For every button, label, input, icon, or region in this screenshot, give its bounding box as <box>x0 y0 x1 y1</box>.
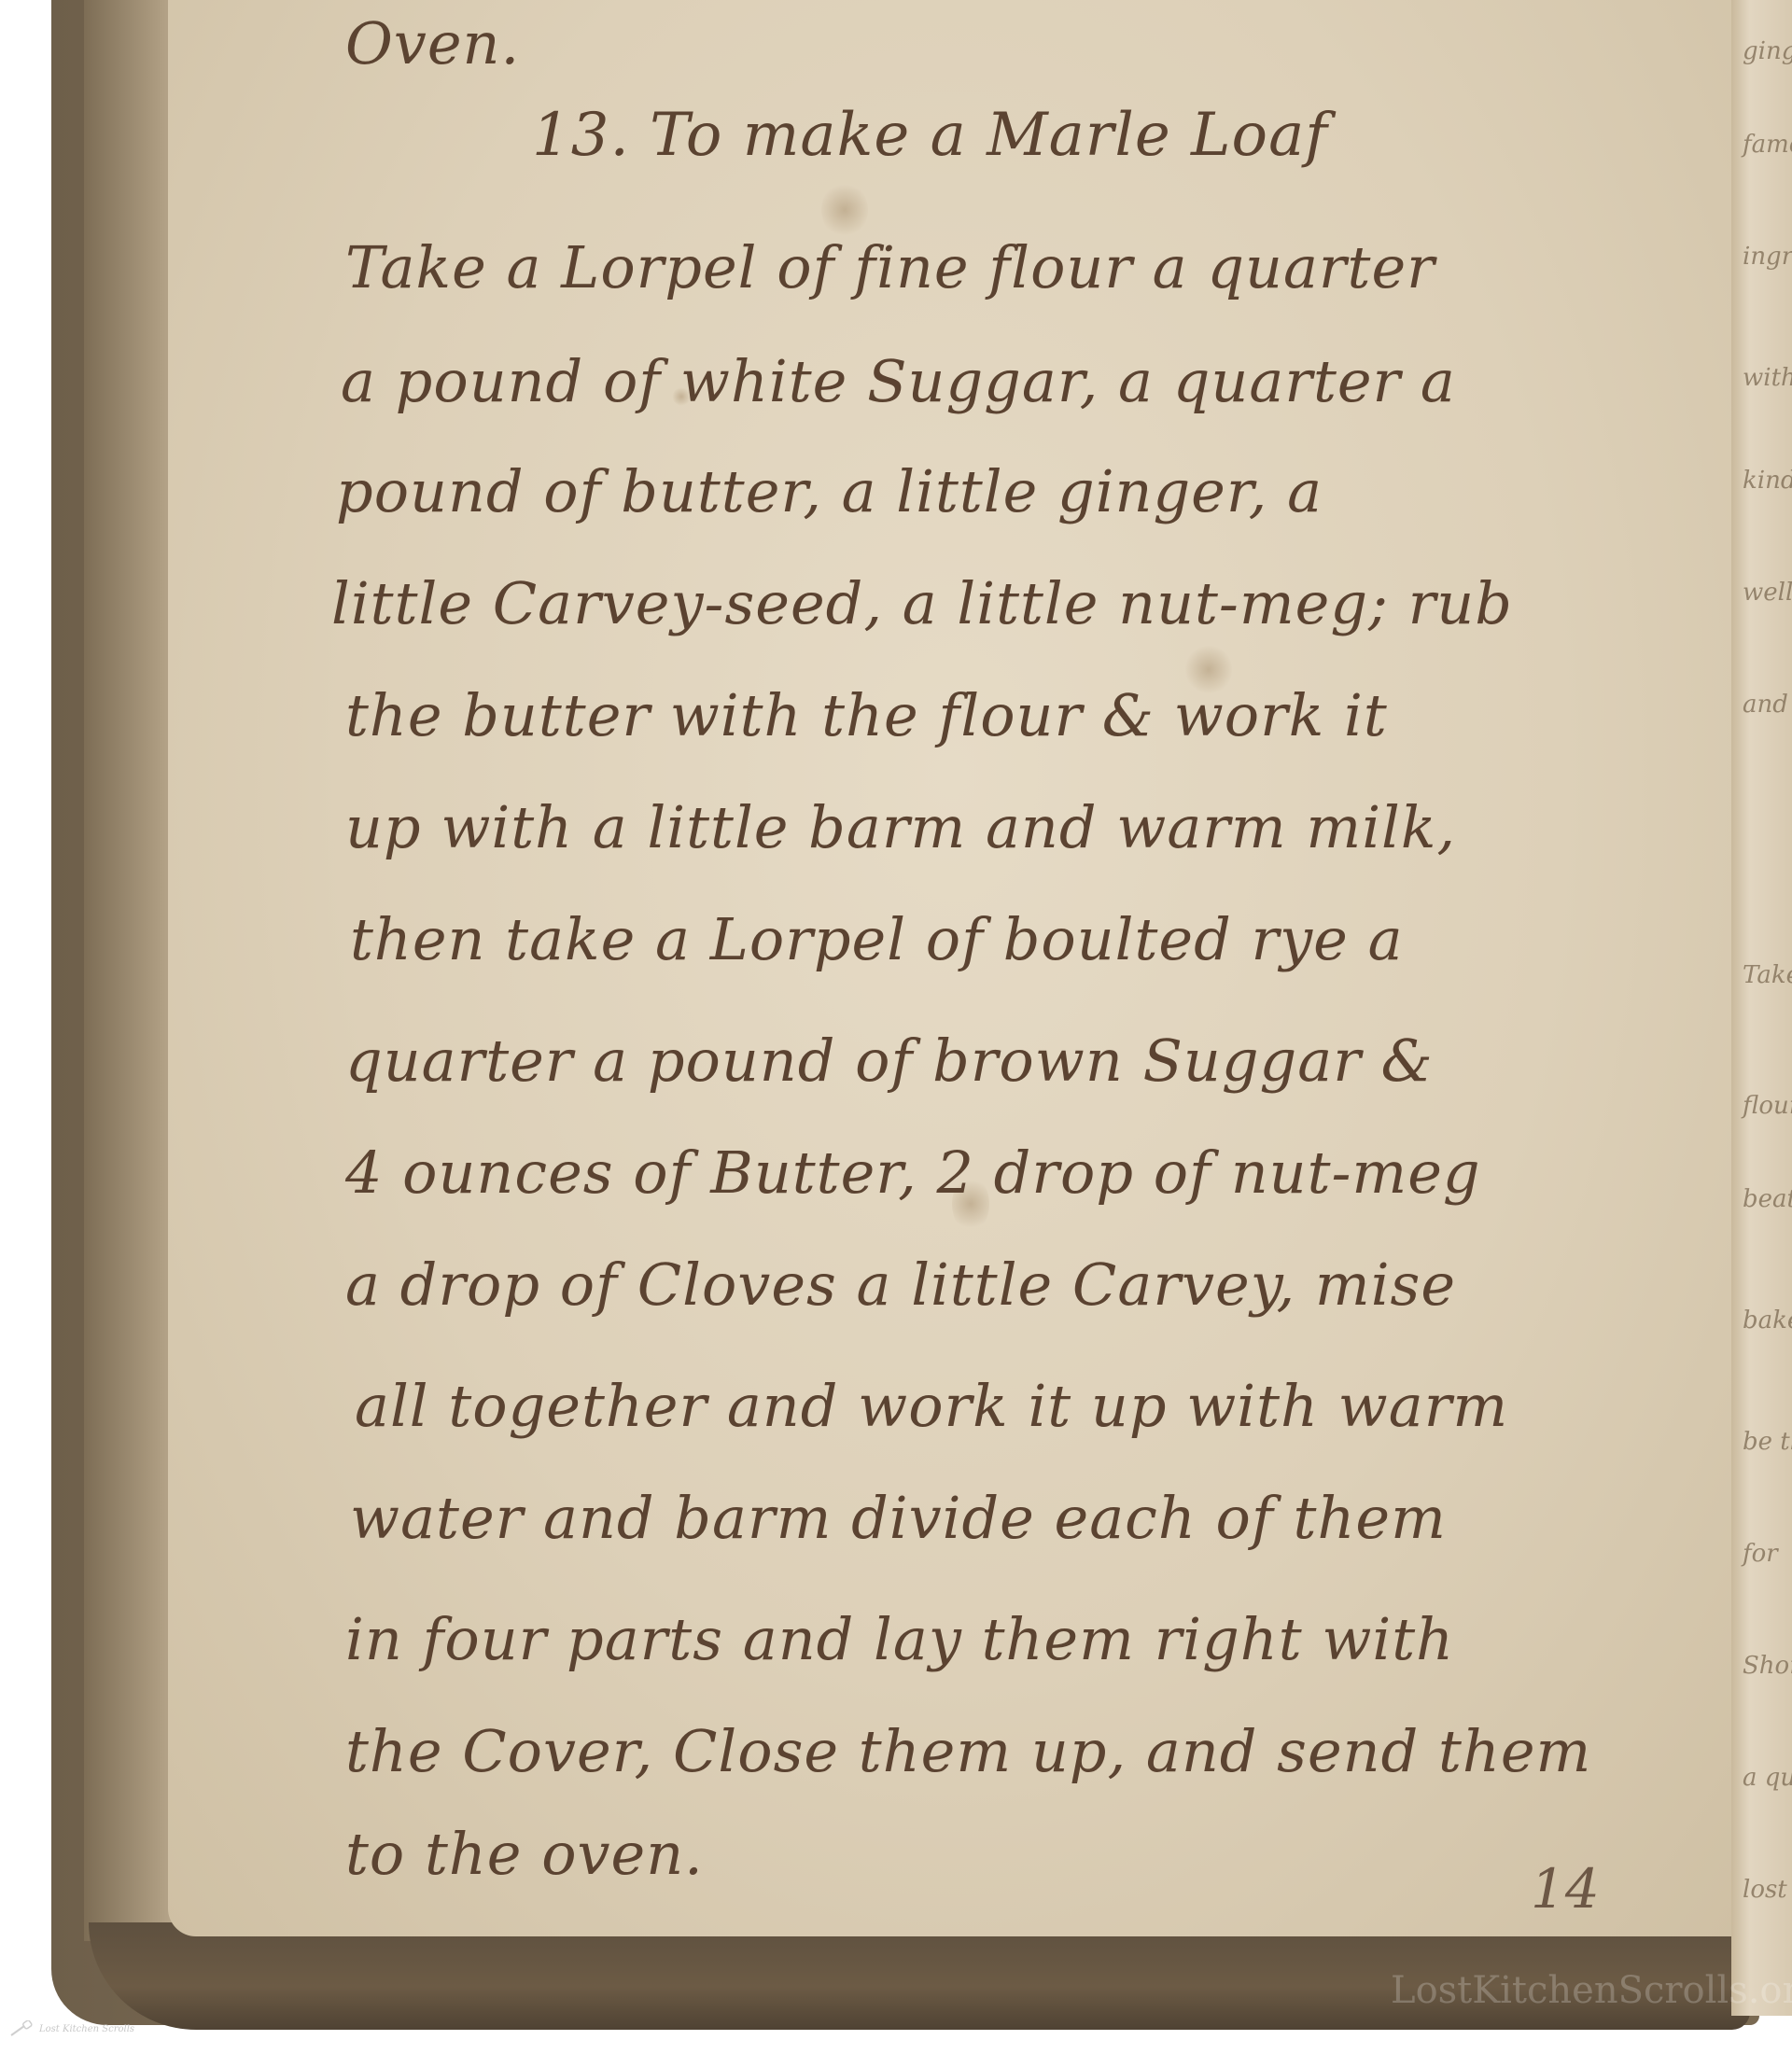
margin-fragment: baked <box>1743 1306 1792 1334</box>
margin-fragment: ginger <box>1743 37 1792 65</box>
text-line: Take a Lorpel of fine flour a quarter <box>345 233 1435 301</box>
text-line: 4 ounces of Butter, 2 drop of nut-meg <box>345 1139 1481 1207</box>
text-line: a drop of Cloves a little Carvey, mise <box>345 1251 1456 1319</box>
spatula-icon <box>9 2020 34 2037</box>
text-line: then take a Lorpel of boulted rye a <box>350 905 1404 973</box>
margin-fragment: a quarter <box>1743 1764 1792 1792</box>
recipe-heading: 13. To make a Marle Loaf <box>532 101 1328 170</box>
text-line: quarter a pound of brown Suggar & <box>345 1027 1434 1095</box>
margin-fragment: be the <box>1743 1428 1792 1456</box>
page-number: 14 <box>1531 1857 1600 1921</box>
margin-fragment: for <box>1743 1540 1778 1568</box>
text-line: pound of butter, a little ginger, a <box>336 457 1323 525</box>
paper-stain <box>821 182 868 238</box>
text-line: little Carvey-seed, a little nut-meg; ru… <box>331 569 1513 637</box>
margin-fragment: and bu <box>1743 691 1792 719</box>
text-line: the butter with the flour & work it <box>345 681 1388 749</box>
text-line: a pound of white Suggar, a quarter a <box>341 347 1456 415</box>
margin-fragment: famous <box>1743 131 1792 159</box>
text-line: to the oven. <box>345 1820 704 1888</box>
facing-page-edge: ginger famous ingredient with ginger kin… <box>1731 0 1792 2016</box>
margin-fragment: with ginger <box>1743 364 1792 392</box>
margin-fragment: kind of <box>1743 467 1792 495</box>
margin-fragment: flour <box>1743 1092 1792 1120</box>
text-line: all together and work it up with warm <box>355 1372 1508 1440</box>
site-logo: Lost Kitchen Scrolls <box>9 2020 134 2037</box>
watermark: LostKitchenScrolls.org <box>1391 1969 1792 2012</box>
text-line: in four parts and lay them right with <box>345 1605 1454 1673</box>
margin-fragment: ingredient <box>1743 243 1792 271</box>
text-line: water and barm divide each of them <box>350 1484 1447 1552</box>
text-line: the Cover, Close them up, and send them <box>345 1717 1591 1785</box>
margin-fragment: well, and <box>1743 579 1792 607</box>
margin-fragment: Shortbread <box>1743 1652 1792 1680</box>
margin-fragment: Take <box>1743 961 1792 989</box>
logo-text: Lost Kitchen Scrolls <box>39 2024 134 2034</box>
margin-fragment: beat <box>1743 1185 1792 1213</box>
margin-fragment: lost it <box>1743 1876 1792 1904</box>
text-line: up with a little barm and warm milk, <box>345 793 1456 861</box>
text-line: Oven. <box>345 9 520 77</box>
